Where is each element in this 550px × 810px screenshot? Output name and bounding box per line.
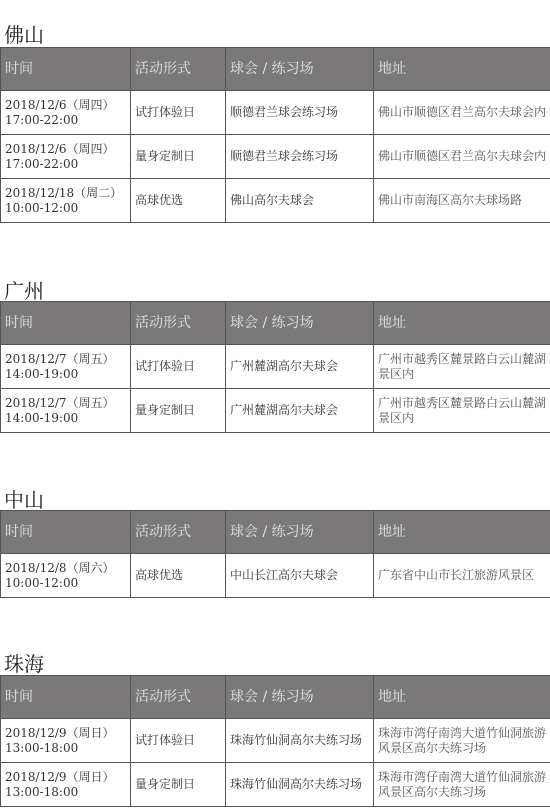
city-heading: 珠海 [4,653,44,675]
address-cell: 珠海市湾仔南湾大道竹仙洞旅游风景区高尔夫练习场 [374,719,550,763]
address-cell: 珠海市湾仔南湾大道竹仙洞旅游风景区高尔夫练习场 [374,763,550,807]
header-address: 地址 [374,511,550,554]
activity-cell: 试打体验日 [131,719,226,763]
venue-cell: 佛山高尔夫球会 [226,179,374,223]
table-row: 2018/12/6（周四）17:00-22:00量身定制日顺德君兰球会练习场佛山… [1,135,550,179]
header-activity: 活动形式 [131,302,226,345]
time-cell: 2018/12/9（周日）13:00-18:00 [1,719,131,763]
city-heading: 广州 [4,280,44,302]
venue-cell: 广州麓湖高尔夫球会 [226,345,374,389]
header-activity: 活动形式 [131,511,226,554]
header-activity: 活动形式 [131,48,226,91]
time-cell: 2018/12/7（周五）14:00-19:00 [1,345,131,389]
header-venue: 球会 / 练习场 [226,302,374,345]
activity-cell: 量身定制日 [131,389,226,433]
time-cell: 2018/12/9（周日）13:00-18:00 [1,763,131,807]
header-time: 时间 [1,48,131,91]
schedule-table: 时间活动形式球会 / 练习场地址2018/12/9（周日）13:00-18:00… [0,675,550,807]
venue-cell: 顺德君兰球会练习场 [226,135,374,179]
city-heading: 中山 [4,489,44,511]
time-cell: 2018/12/6（周四）17:00-22:00 [1,91,131,135]
activity-cell: 量身定制日 [131,135,226,179]
venue-cell: 珠海竹仙洞高尔夫练习场 [226,763,374,807]
table-row: 2018/12/9（周日）13:00-18:00试打体验日珠海竹仙洞高尔夫练习场… [1,719,550,763]
schedule-table: 时间活动形式球会 / 练习场地址2018/12/8（周六）10:00-12:00… [0,510,550,598]
address-cell: 佛山市顺德区君兰高尔夫球会内 [374,91,550,135]
header-address: 地址 [374,48,550,91]
city-heading: 佛山 [4,24,44,46]
header-time: 时间 [1,676,131,719]
time-text: 10:00-12:00 [5,576,126,591]
time-text: 17:00-22:00 [5,113,126,128]
time-text: 17:00-22:00 [5,157,126,172]
table-row: 2018/12/8（周六）10:00-12:00高球优选中山长江高尔夫球会广东省… [1,554,550,598]
header-address: 地址 [374,676,550,719]
date-text: 2018/12/8（周六） [5,561,126,576]
address-cell: 广东省中山市长江旅游风景区 [374,554,550,598]
activity-cell: 高球优选 [131,179,226,223]
time-cell: 2018/12/18（周二）10:00-12:00 [1,179,131,223]
address-cell: 广州市越秀区麓景路白云山麓湖景区内 [374,345,550,389]
header-venue: 球会 / 练习场 [226,48,374,91]
activity-cell: 试打体验日 [131,345,226,389]
time-text: 14:00-19:00 [5,367,126,382]
table-row: 2018/12/7（周五）14:00-19:00试打体验日广州麓湖高尔夫球会广州… [1,345,550,389]
table-header-row: 时间活动形式球会 / 练习场地址 [1,676,550,719]
time-text: 10:00-12:00 [5,201,126,216]
date-text: 2018/12/9（周日） [5,726,126,741]
header-address: 地址 [374,302,550,345]
time-text: 14:00-19:00 [5,411,126,426]
table-header-row: 时间活动形式球会 / 练习场地址 [1,511,550,554]
address-cell: 佛山市南海区高尔夫球场路 [374,179,550,223]
table-row: 2018/12/7（周五）14:00-19:00量身定制日广州麓湖高尔夫球会广州… [1,389,550,433]
time-cell: 2018/12/6（周四）17:00-22:00 [1,135,131,179]
time-text: 13:00-18:00 [5,741,126,756]
venue-cell: 珠海竹仙洞高尔夫练习场 [226,719,374,763]
venue-cell: 广州麓湖高尔夫球会 [226,389,374,433]
activity-cell: 高球优选 [131,554,226,598]
time-text: 13:00-18:00 [5,785,126,800]
venue-cell: 中山长江高尔夫球会 [226,554,374,598]
date-text: 2018/12/7（周五） [5,396,126,411]
date-text: 2018/12/6（周四） [5,98,126,113]
date-text: 2018/12/18（周二） [5,186,126,201]
header-time: 时间 [1,511,131,554]
date-text: 2018/12/9（周日） [5,770,126,785]
header-time: 时间 [1,302,131,345]
date-text: 2018/12/6（周四） [5,142,126,157]
table-header-row: 时间活动形式球会 / 练习场地址 [1,302,550,345]
address-cell: 广州市越秀区麓景路白云山麓湖景区内 [374,389,550,433]
address-cell: 佛山市顺德区君兰高尔夫球会内 [374,135,550,179]
schedule-table: 时间活动形式球会 / 练习场地址2018/12/7（周五）14:00-19:00… [0,301,550,433]
table-header-row: 时间活动形式球会 / 练习场地址 [1,48,550,91]
table-row: 2018/12/9（周日）13:00-18:00量身定制日珠海竹仙洞高尔夫练习场… [1,763,550,807]
header-activity: 活动形式 [131,676,226,719]
date-text: 2018/12/7（周五） [5,352,126,367]
table-row: 2018/12/6（周四）17:00-22:00试打体验日顺德君兰球会练习场佛山… [1,91,550,135]
activity-cell: 试打体验日 [131,91,226,135]
table-row: 2018/12/18（周二）10:00-12:00高球优选佛山高尔夫球会佛山市南… [1,179,550,223]
time-cell: 2018/12/7（周五）14:00-19:00 [1,389,131,433]
time-cell: 2018/12/8（周六）10:00-12:00 [1,554,131,598]
venue-cell: 顺德君兰球会练习场 [226,91,374,135]
header-venue: 球会 / 练习场 [226,676,374,719]
activity-cell: 量身定制日 [131,763,226,807]
header-venue: 球会 / 练习场 [226,511,374,554]
schedule-table: 时间活动形式球会 / 练习场地址2018/12/6（周四）17:00-22:00… [0,47,550,223]
